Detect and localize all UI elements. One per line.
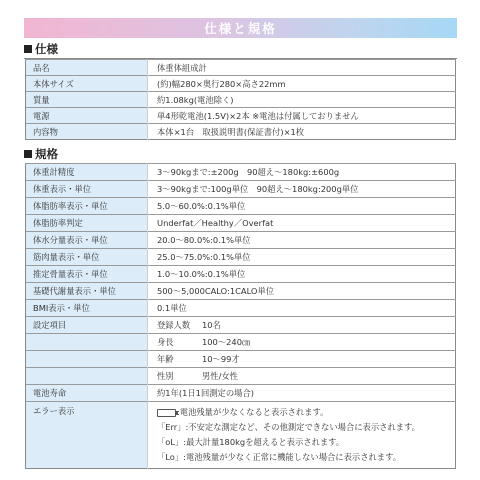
row-label: 内容物 [26, 124, 148, 140]
table-row: 推定骨量表示・単位 1.0〜10.0%:0.1%単位 [26, 266, 456, 283]
row-label: 電池寿命 [26, 385, 148, 402]
standard-heading-text: 規格 [35, 146, 58, 162]
battery-icon [157, 409, 176, 417]
settings-label-empty [26, 351, 148, 368]
table-row: 筋肉量表示・単位 25.0〜75.0%:0.1%単位 [26, 249, 456, 266]
row-label: 体脂肪率判定 [26, 215, 148, 232]
row-label: 筋肉量表示・単位 [26, 249, 148, 266]
table-row: 基礎代謝量表示・単位 500〜5,000CALO:1CALO単位 [26, 283, 456, 300]
settings-row: 身長100〜240㎝ [26, 334, 456, 351]
row-label: 体重計精度 [26, 164, 148, 181]
error-code: 「Lo」 [157, 452, 183, 462]
error-code: 「oL」 [157, 437, 183, 447]
row-value: 0.1単位 [148, 300, 456, 317]
setting-item: 登録人数10名 [148, 317, 456, 334]
row-label: 本体サイズ [26, 76, 148, 92]
error-text: :電池残量が少なくなると表示されます。 [177, 407, 328, 417]
table-row: 体水分量表示・単位 20.0〜80.0%:0.1%単位 [26, 232, 456, 249]
row-value: 体重体組成計 [148, 60, 456, 76]
spec-table: 品名 体重体組成計 本体サイズ (約)幅280×奥行280×高さ22mm 質量 … [25, 59, 456, 140]
row-label: 質量 [26, 92, 148, 108]
row-label: 推定骨量表示・単位 [26, 266, 148, 283]
row-label: 品名 [26, 60, 148, 76]
setting-item: 身長100〜240㎝ [148, 334, 456, 351]
square-bullet-icon [24, 150, 32, 158]
square-bullet-icon [24, 45, 32, 53]
row-value: 本体×1台 取扱説明書(保証書付)×1枚 [148, 124, 456, 140]
setting-name: 年齢 [157, 353, 202, 365]
error-text: :最大計量180kgを超えると表示されます。 [183, 437, 344, 447]
row-value: 約1年(1日1回測定の場合) [148, 385, 456, 402]
table-row: 電池寿命 約1年(1日1回測定の場合) [26, 385, 456, 402]
settings-row: 年齢10〜99才 [26, 351, 456, 368]
row-label: BMI表示・単位 [26, 300, 148, 317]
row-value: 単4形乾電池(1.5V)×2本 ※電池は付属しておりません [148, 108, 456, 124]
table-row: 電源 単4形乾電池(1.5V)×2本 ※電池は付属しておりません [26, 108, 456, 124]
setting-value: 10〜99才 [202, 354, 240, 364]
settings-row: 性別男性/女性 [26, 368, 456, 385]
settings-row: 設定項目 登録人数10名 [26, 317, 456, 334]
table-row: 体重計精度 3〜90kgまで:±200g 90超え〜180kg:±600g [26, 164, 456, 181]
settings-label-empty [26, 334, 148, 351]
page-title: 仕様と規格 [204, 19, 277, 37]
spec-heading-text: 仕様 [35, 41, 58, 57]
table-row: 本体サイズ (約)幅280×奥行280×高さ22mm [26, 76, 456, 92]
error-text: :電池残量が少なく正常に機能しない場合に表示されます。 [183, 452, 401, 462]
standard-section-heading: 規格 [24, 146, 58, 162]
error-row: エラー表示 :電池残量が少なくなると表示されます。 「Err」:不安定な測定など… [26, 402, 456, 469]
standard-table: 体重計精度 3〜90kgまで:±200g 90超え〜180kg:±600g 体重… [25, 163, 456, 469]
setting-value: 100〜240㎝ [202, 337, 250, 347]
settings-label-empty [26, 368, 148, 385]
row-value: Underfat／Healthy／Overfat [148, 215, 456, 232]
row-value: 500〜5,000CALO:1CALO単位 [148, 283, 456, 300]
error-item: 「Err」:不安定な測定など、その他測定できない場合に表示されます。 [157, 420, 455, 435]
table-row: 品名 体重体組成計 [26, 60, 456, 76]
row-label: エラー表示 [26, 402, 148, 469]
row-value: 1.0〜10.0%:0.1%単位 [148, 266, 456, 283]
row-label: 体水分量表示・単位 [26, 232, 148, 249]
error-item: :電池残量が少なくなると表示されます。 [157, 405, 455, 420]
row-value: 約1.08kg(電池除く) [148, 92, 456, 108]
error-code: 「Err」 [157, 422, 186, 432]
setting-item: 年齢10〜99才 [148, 351, 456, 368]
spec-section-heading: 仕様 [24, 41, 58, 57]
row-value: 25.0〜75.0%:0.1%単位 [148, 249, 456, 266]
row-label: 電源 [26, 108, 148, 124]
error-list: :電池残量が少なくなると表示されます。 「Err」:不安定な測定など、その他測定… [148, 402, 456, 469]
table-row: BMI表示・単位 0.1単位 [26, 300, 456, 317]
table-row: 体重表示・単位 3〜90kgまで:100g単位 90超え〜180kg:200g単… [26, 181, 456, 198]
table-row: 体脂肪率表示・単位 5.0〜60.0%:0.1%単位 [26, 198, 456, 215]
table-row: 内容物 本体×1台 取扱説明書(保証書付)×1枚 [26, 124, 456, 140]
row-label: 体脂肪率表示・単位 [26, 198, 148, 215]
row-value: 3〜90kgまで:±200g 90超え〜180kg:±600g [148, 164, 456, 181]
setting-name: 身長 [157, 336, 202, 348]
row-value: 3〜90kgまで:100g単位 90超え〜180kg:200g単位 [148, 181, 456, 198]
row-value: 5.0〜60.0%:0.1%単位 [148, 198, 456, 215]
row-value: 20.0〜80.0%:0.1%単位 [148, 232, 456, 249]
setting-name: 性別 [157, 370, 202, 382]
settings-label: 設定項目 [26, 317, 148, 334]
error-item: 「oL」:最大計量180kgを超えると表示されます。 [157, 435, 455, 450]
page-title-bar: 仕様と規格 [24, 18, 457, 38]
setting-name: 登録人数 [157, 319, 202, 331]
error-text: :不安定な測定など、その他測定できない場合に表示されます。 [186, 422, 420, 432]
table-row: 質量 約1.08kg(電池除く) [26, 92, 456, 108]
row-value: (約)幅280×奥行280×高さ22mm [148, 76, 456, 92]
setting-value: 男性/女性 [202, 371, 238, 381]
row-label: 基礎代謝量表示・単位 [26, 283, 148, 300]
error-item: 「Lo」:電池残量が少なく正常に機能しない場合に表示されます。 [157, 450, 455, 465]
setting-item: 性別男性/女性 [148, 368, 456, 385]
table-row: 体脂肪率判定 Underfat／Healthy／Overfat [26, 215, 456, 232]
row-label: 体重表示・単位 [26, 181, 148, 198]
setting-value: 10名 [202, 320, 221, 330]
